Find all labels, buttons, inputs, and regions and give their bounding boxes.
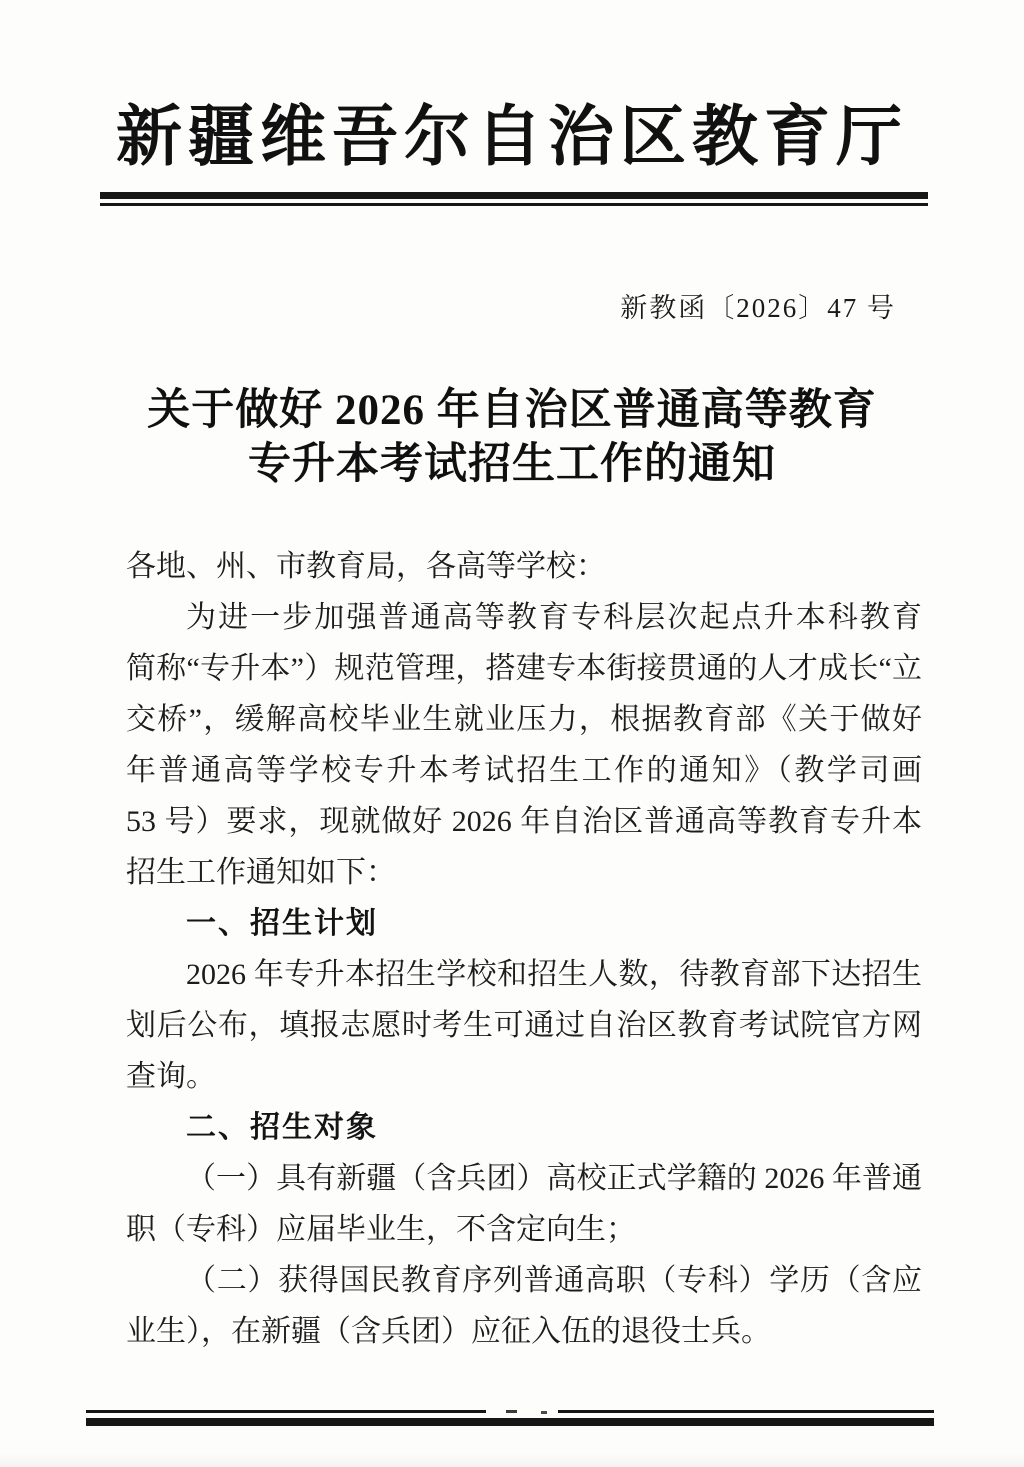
body-line: 简称“专升本”）规范管理，搭建专本街接贯通的人才成长“立 xyxy=(126,643,922,694)
agency-masthead: 新疆维吾尔自治区教育厅 xyxy=(0,98,1024,178)
body-line: 2026 年专升本招生学校和招生人数，待教育部下达招生计 xyxy=(126,949,922,1000)
scan-edge-shadow xyxy=(0,1453,1024,1467)
body-line: 交桥”，缓解高校毕业生就业压力，根据教育部《关于做好 2026 xyxy=(126,694,922,745)
body-line: （二）获得国民教育序列普通高职（专科）学历（含应届毕 xyxy=(126,1255,922,1306)
body-line: 年普通高等学校专升本考试招生工作的通知》（教学司画〔2025〕 xyxy=(126,745,922,796)
body-line: 职（专科）应届毕业生，不含定向生； xyxy=(126,1204,922,1255)
title-line-1: 关于做好 2026 年自治区普通高等教育 xyxy=(0,384,1024,438)
document-number: 新教函〔2026〕47 号 xyxy=(620,291,896,325)
body-line: 53 号）要求，现就做好 2026 年自治区普通高等教育专升本考试 xyxy=(126,796,922,847)
scanned-notice-page: 新疆维吾尔自治区教育厅 新教函〔2026〕47 号 关于做好 2026 年自治区… xyxy=(0,0,1024,1467)
section-heading-2: 二、招生对象 xyxy=(126,1102,922,1153)
body-line: 查询。 xyxy=(126,1051,922,1102)
footer-scan-mark xyxy=(506,1410,517,1413)
body-line: 招生工作通知如下： xyxy=(126,847,922,898)
body-line: （一）具有新疆（含兵团）高校正式学籍的 2026 年普通高 xyxy=(126,1153,922,1204)
body-line: 为进一步加强普通高等教育专科层次起点升本科教育（以下 xyxy=(126,592,922,643)
salutation-line: 各地、州、市教育局，各高等学校： xyxy=(126,541,922,592)
footer-scan-mark xyxy=(541,1411,547,1414)
body-line: 业生），在新疆（含兵团）应征入伍的退役士兵。 xyxy=(126,1306,922,1357)
section-heading-1: 一、招生计划 xyxy=(126,898,922,949)
document-title: 关于做好 2026 年自治区普通高等教育 专升本考试招生工作的通知 xyxy=(0,384,1024,492)
document-body: 各地、州、市教育局，各高等学校： 为进一步加强普通高等教育专科层次起点升本科教育… xyxy=(126,541,922,1357)
body-line: 划后公布，填报志愿时考生可通过自治区教育考试院官方网站 xyxy=(126,1000,922,1051)
footer-rule-thin-left xyxy=(86,1410,486,1413)
header-rule-thin xyxy=(100,203,928,206)
footer-rule-thin-right xyxy=(558,1410,934,1413)
title-line-2: 专升本考试招生工作的通知 xyxy=(0,438,1024,492)
footer-rule-thick xyxy=(86,1418,934,1426)
header-rule-thick xyxy=(100,192,928,199)
